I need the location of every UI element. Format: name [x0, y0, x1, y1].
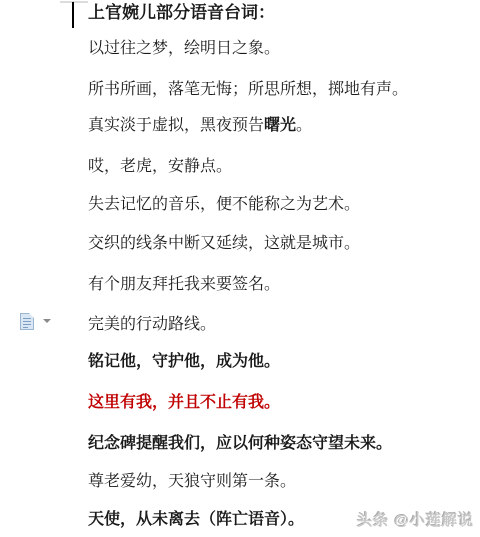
voice-line: 所书所画，落笔无悔；所思所想，掷地有声。	[88, 79, 408, 101]
paste-options-document-icon[interactable]	[20, 313, 34, 330]
document-title: 上官婉儿部分语音台词：	[88, 2, 275, 24]
voice-line-bold: 铭记他，守护他，成为他。	[88, 351, 280, 373]
voice-line-highlight-red: 这里有我，并且不止有我。	[88, 392, 280, 414]
voice-line: 交织的线条中断又延续，这就是城市。	[88, 233, 360, 255]
line-regular-part: 真实淡于虚拟，黑夜预告	[88, 117, 264, 134]
voice-line: 有个朋友拜托我来要签名。	[88, 274, 280, 296]
chevron-down-icon[interactable]	[43, 319, 51, 323]
window-edge-artifact	[60, 1, 88, 3]
text-cursor	[72, 2, 74, 28]
line-bold-part: 曙光	[264, 117, 296, 134]
voice-line-bold: 天使，从未离去（阵亡语音）。	[88, 509, 304, 531]
voice-line: 以过往之梦，绘明日之象。	[88, 38, 280, 60]
voice-line: 真实淡于虚拟，黑夜预告曙光。	[88, 115, 312, 137]
voice-line: 完美的行动路线。	[88, 314, 216, 336]
line-regular-part: 。	[296, 117, 312, 134]
paste-options-button[interactable]	[20, 308, 60, 334]
voice-line: 哎，老虎，安静点。	[88, 156, 232, 178]
document-page: 上官婉儿部分语音台词： 以过往之梦，绘明日之象。 所书所画，落笔无悔；所思所想，…	[0, 0, 480, 537]
voice-line: 失去记忆的音乐，便不能称之为艺术。	[88, 194, 360, 216]
toutiao-watermark: 头条 @小莲解说	[357, 509, 474, 530]
voice-line-bold: 纪念碑提醒我们，应以何种姿态守望未来。	[88, 433, 392, 455]
voice-line: 尊老爱幼，天狼守则第一条。	[88, 471, 296, 493]
